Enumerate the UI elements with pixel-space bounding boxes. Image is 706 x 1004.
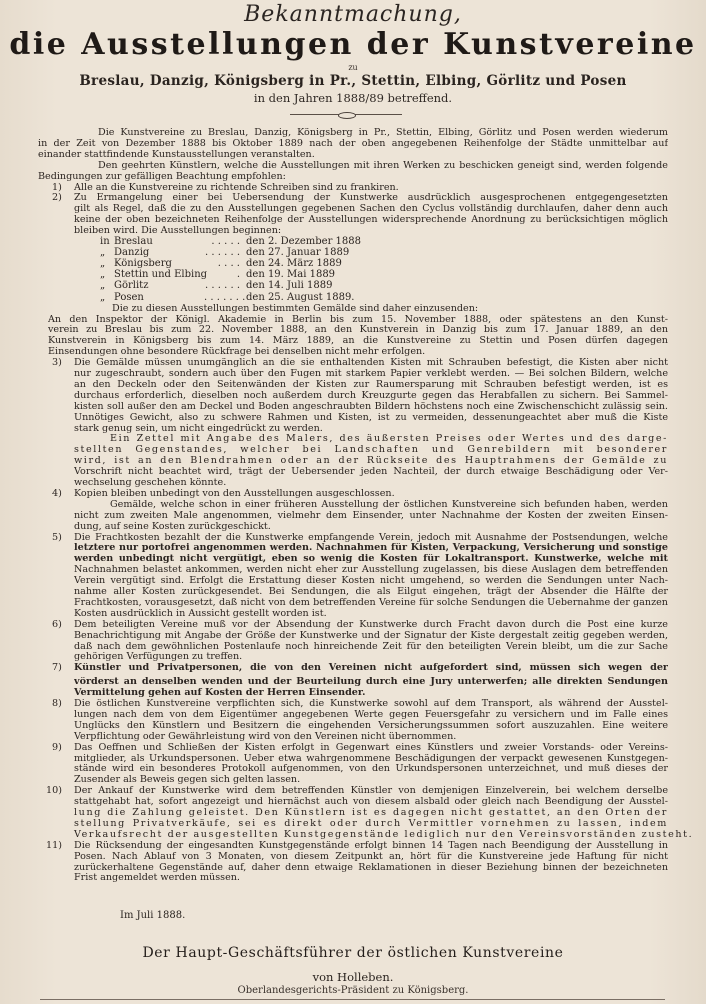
schedule-date: den 2. Dezember 1888: [246, 236, 361, 247]
delivery-line: Die zu diesen Ausstellungen bestimmten G…: [112, 304, 478, 315]
title-connector: zu: [0, 63, 706, 72]
condition-number: 5): [52, 533, 62, 544]
condition-line: gilt als Regel, daß die zu den Ausstellu…: [74, 204, 668, 215]
schedule-dots: . . . .: [204, 259, 240, 270]
schedule-date: den 14. Juli 1889: [246, 280, 333, 291]
condition-line: Kopien bleiben unbedingt von den Ausstel…: [74, 489, 395, 500]
schedule-prefix: „: [100, 293, 114, 304]
condition-line: Alle an die Kunstvereine zu richtende Sc…: [74, 183, 399, 194]
condition-line: Verpflichtung oder Gewährleistung wird v…: [74, 732, 456, 743]
condition-line: stattgehabt hat, sofort angezeigt und hi…: [74, 797, 668, 808]
schedule-date: den 25. August 1889.: [246, 292, 354, 303]
condition-number: 4): [52, 489, 62, 500]
schedule-date: den 27. Januar 1889: [246, 247, 349, 258]
schedule-city: Görlitz: [114, 281, 204, 292]
document-page: Bekanntmachung, die Ausstellungen der Ku…: [0, 0, 706, 1004]
condition-line: Nachnahmen belastet ankommen, werden nic…: [74, 565, 668, 576]
condition-line: Kosten ausdrücklich in Aussicht gestellt…: [74, 609, 327, 620]
ornament-knot-icon: [338, 112, 356, 119]
condition-line: kisten soll außer den am Deckel und Bode…: [74, 402, 668, 413]
ornament-divider: [290, 112, 402, 118]
schedule-date: den 19. Mai 1889: [246, 269, 335, 280]
title-years: in den Jahren 1888/89 betreffend.: [0, 91, 706, 105]
signatory-name: von Holleben.: [0, 970, 706, 984]
condition-line: Der Ankauf der Kunstwerke wird dem betre…: [74, 786, 668, 797]
condition-line: Die Gemälde müssen unumgänglich an die s…: [74, 358, 668, 369]
schedule-date: den 24. März 1889: [246, 258, 342, 269]
schedule-dots: . . . . . . .: [204, 293, 240, 304]
condition-line: Zu Ermangelung einer bei Uebersendung de…: [74, 193, 668, 204]
condition-line: Gemälde, welche schon in einer früheren …: [110, 500, 668, 511]
signatory-title: Oberlandesgerichts-Präsident zu Königsbe…: [0, 985, 706, 996]
condition-line: stellten Gegenstandes, welcher bei Lands…: [74, 445, 668, 456]
condition-line: Frist angemeldet werden müssen.: [74, 873, 240, 884]
title-cities: Breslau, Danzig, Königsberg in Pr., Stet…: [0, 73, 706, 89]
schedule-city: Posen: [114, 293, 204, 304]
delivery-line: verein zu Breslau bis zum 22. November 1…: [48, 325, 668, 336]
schedule-prefix: „: [100, 281, 114, 292]
signature-organization: Der Haupt-Geschäftsführer der östlichen …: [0, 945, 706, 961]
condition-line: wird, ist an den Blendrahmen oder an der…: [74, 456, 668, 467]
condition-line: nahme aller Kosten zurückgesendet. Bei S…: [74, 587, 668, 598]
condition-number: 8): [52, 699, 62, 710]
condition-line: stark genug sein, um nicht eingedrückt z…: [74, 424, 323, 435]
condition-line: Künstler und Privatpersonen, die von den…: [74, 663, 668, 674]
intro-line: Bedingungen zur gefälligen Beachtung emp…: [38, 172, 286, 183]
condition-line: Posen. Nach Ablauf von 3 Monaten, von di…: [74, 852, 668, 863]
condition-line: durchaus erforderlich, dieselben noch au…: [74, 391, 668, 402]
condition-line: lungen nach dem von dem Eigentümer angeg…: [74, 710, 668, 721]
condition-number: 6): [52, 620, 62, 631]
condition-line: Die Frachtkosten bezahlt der die Kunstwe…: [74, 533, 668, 544]
condition-line: mitglieder, als Urkundspersonen. Ueber e…: [74, 754, 668, 765]
condition-line: Die Rücksendung der eingesandten Kunstge…: [74, 841, 668, 852]
title-subject: die Ausstellungen der Kunstvereine: [0, 27, 706, 62]
condition-line: Vermittelung gehen auf Kosten der Herren…: [74, 688, 365, 699]
schedule-dots: . . . . . .: [204, 281, 240, 292]
condition-number: 3): [52, 358, 62, 369]
condition-line: dung, auf seine Kosten zurückgeschickt.: [74, 522, 271, 533]
condition-line: lung die Zahlung geleistet. Den Künstler…: [74, 808, 668, 819]
condition-line: nur zugeschraubt, sondern auch über den …: [74, 369, 668, 380]
condition-number: 10): [46, 786, 62, 797]
closing-date: Im Juli 1888.: [120, 910, 185, 921]
delivery-line: Einsendungen ohne besondere Rückfrage be…: [48, 347, 425, 358]
bottom-rule: [40, 999, 665, 1000]
intro-line: Den geehrten Künstlern, welche die Ausst…: [98, 161, 668, 172]
delivery-line: An den Inspektor der Königl. Akademie in…: [48, 315, 668, 326]
condition-line: nicht zum zweiten Male angenommen, vielm…: [74, 511, 668, 522]
condition-line: Benachrichtigung mit Angabe der Größe de…: [74, 631, 668, 642]
condition-line: Unnötiges Gewicht, also zu schwere Rahme…: [74, 413, 668, 424]
condition-line: Zusender als Beweis gegen sich gelten la…: [74, 775, 300, 786]
condition-number: 2): [52, 193, 62, 204]
intro-line: einander stattfindende Kunstausstellunge…: [38, 150, 315, 161]
condition-number: 11): [46, 841, 62, 852]
condition-line: werden unbedingt nicht vergütigt, eben s…: [74, 554, 668, 565]
condition-line: Das Oeffnen und Schließen der Kisten erf…: [74, 743, 668, 754]
condition-number: 7): [52, 663, 62, 674]
condition-line: Verkaufsrecht der ausgestellten Kunstgeg…: [74, 830, 693, 841]
schedule-row: „Posen. . . . . . .den 25. August 1889.: [100, 293, 354, 304]
title-heading: Bekanntmachung,: [0, 2, 706, 27]
condition-line: Die östlichen Kunstvereine verpflichten …: [74, 699, 668, 710]
condition-line: Verein vergütigt sind. Erfolgt die Ersta…: [74, 576, 668, 587]
condition-line: letztere nur portofrei angenommen werden…: [74, 543, 668, 554]
condition-line: Dem beteiligten Vereine muß vor der Abse…: [74, 620, 668, 631]
condition-number: 9): [52, 743, 62, 754]
intro-line: Die Kunstvereine zu Breslau, Danzig, Kön…: [98, 128, 668, 139]
condition-line: an den Deckeln oder den Seitenwänden der…: [74, 380, 668, 391]
condition-line: gehörigen Verfügungen zu treffen.: [74, 652, 242, 663]
condition-line: Ein Zettel mit Angabe des Malers, des äu…: [110, 434, 668, 445]
schedule-row: „Görlitz. . . . . .den 14. Juli 1889: [100, 281, 333, 292]
